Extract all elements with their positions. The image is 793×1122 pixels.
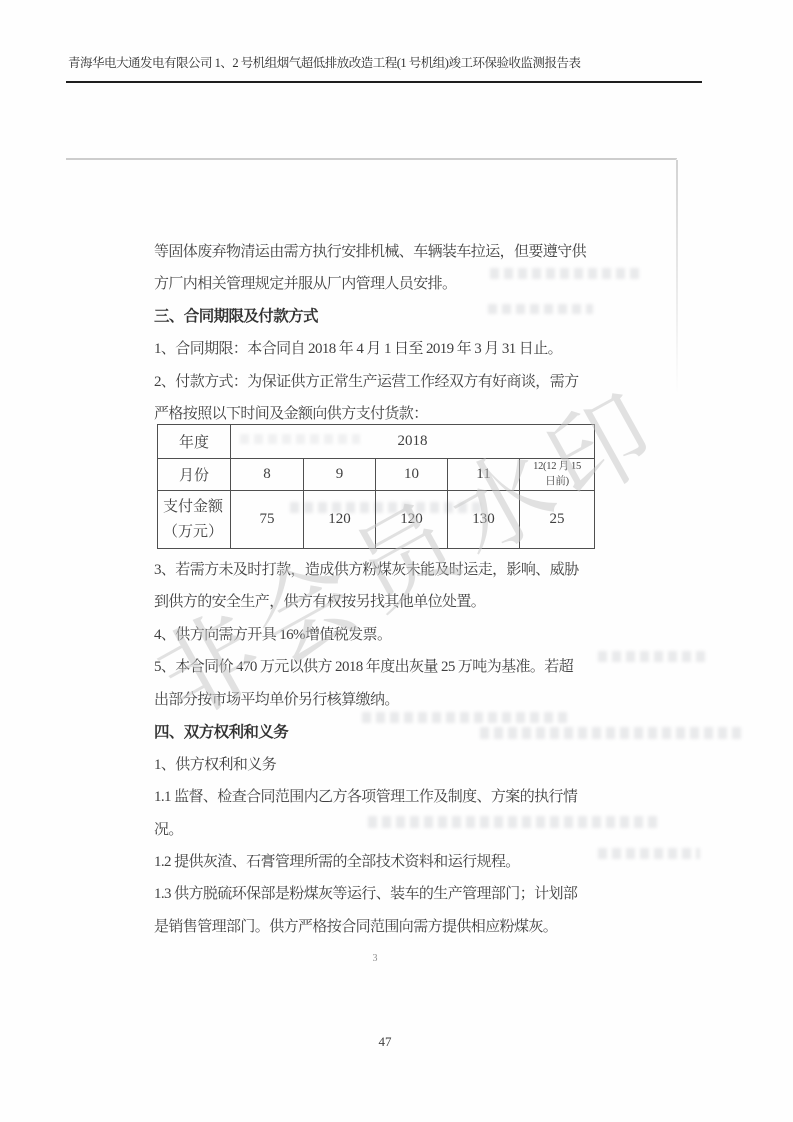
text-line: 4、供方向需方开具 16%增值税发票。 xyxy=(154,623,624,645)
text-line: 3、若需方未及时打款，造成供方粉煤灰未能及时运走，影响、威胁 xyxy=(154,558,624,580)
table-cell-month-december-line2: 日前) xyxy=(545,476,569,487)
text-line: 1.1 监督、检查合同范围内乙方各项管理工作及制度、方案的执行情 xyxy=(154,785,624,807)
amount-label-line1: 支付金额 xyxy=(163,499,223,515)
scanned-document-page: 青海华电大通发电有限公司 1、2 号机组烟气超低排放改造工程(1 号机组)竣工环… xyxy=(0,0,793,1122)
text-line: 5、本合同价 470 万元以供方 2018 年度出灰量 25 万吨为基准。若超 xyxy=(154,655,624,677)
page-header-title: 青海华电大通发电有限公司 1、2 号机组烟气超低排放改造工程(1 号机组)竣工环… xyxy=(68,53,768,71)
scan-edge-right xyxy=(676,160,678,395)
text-line: 到供方的安全生产，供方有权按另找其他单位处置。 xyxy=(154,590,624,612)
table-cell-month-december: 12(12 月 15 日前) xyxy=(520,459,595,491)
text-line: 2、付款方式：为保证供方正常生产运营工作经双方有好商谈，需方 xyxy=(154,370,624,392)
section-heading-4: 四、双方权利和义务 xyxy=(154,720,624,742)
table-cell-amount: 25 xyxy=(520,491,595,549)
text-line: 1、供方权利和义务 xyxy=(154,753,624,775)
table-cell-amount: 120 xyxy=(376,491,448,549)
table-cell-month: 11 xyxy=(448,459,520,491)
section-page-number: 3 xyxy=(368,953,382,964)
amount-label-line2: （万元） xyxy=(163,524,223,540)
table-cell-amount: 120 xyxy=(304,491,376,549)
payment-schedule-table: 年度 2018 月份 8 9 10 11 12(12 月 15 日前) 支付金额… xyxy=(157,424,595,549)
scan-edge-top xyxy=(66,158,677,160)
text-line: 等固体废弃物清运由需方执行安排机械、车辆装车拉运，但要遵守供 xyxy=(154,240,624,262)
text-line: 是销售管理部门。供方严格按合同范围向需方提供相应粉煤灰。 xyxy=(154,915,624,937)
table-cell-amount-label: 支付金额 （万元） xyxy=(158,491,231,549)
table-cell-amount: 75 xyxy=(231,491,304,549)
text-line: 出部分按市场平均单价另行核算缴纳。 xyxy=(154,688,624,710)
text-line: 严格按照以下时间及金额向供方支付货款： xyxy=(154,402,624,424)
text-line: 况。 xyxy=(154,818,624,840)
table-cell-month: 10 xyxy=(376,459,448,491)
section-heading-3: 三、合同期限及付款方式 xyxy=(154,304,624,326)
text-line: 1.2 提供灰渣、石膏管理所需的全部技术资料和运行规程。 xyxy=(154,850,624,872)
header-divider-line xyxy=(66,81,702,83)
table-cell-month: 8 xyxy=(231,459,304,491)
document-page-number: 47 xyxy=(374,1034,396,1050)
text-line: 1.3 供方脱硫环保部是粉煤灰等运行、装车的生产管理部门；计划部 xyxy=(154,882,624,904)
table-cell-year-label: 年度 xyxy=(158,425,231,459)
table-cell-month: 9 xyxy=(304,459,376,491)
table-cell-month-label: 月份 xyxy=(158,459,231,491)
table-cell-year-value: 2018 xyxy=(231,425,595,459)
table-cell-amount: 130 xyxy=(448,491,520,549)
table-cell-month-december-line1: 12(12 月 15 xyxy=(533,461,581,472)
text-line: 1、合同期限：本合同自 2018 年 4 月 1 日至 2019 年 3 月 3… xyxy=(154,337,624,359)
text-line: 方厂内相关管理规定并服从厂内管理人员安排。 xyxy=(154,272,624,294)
